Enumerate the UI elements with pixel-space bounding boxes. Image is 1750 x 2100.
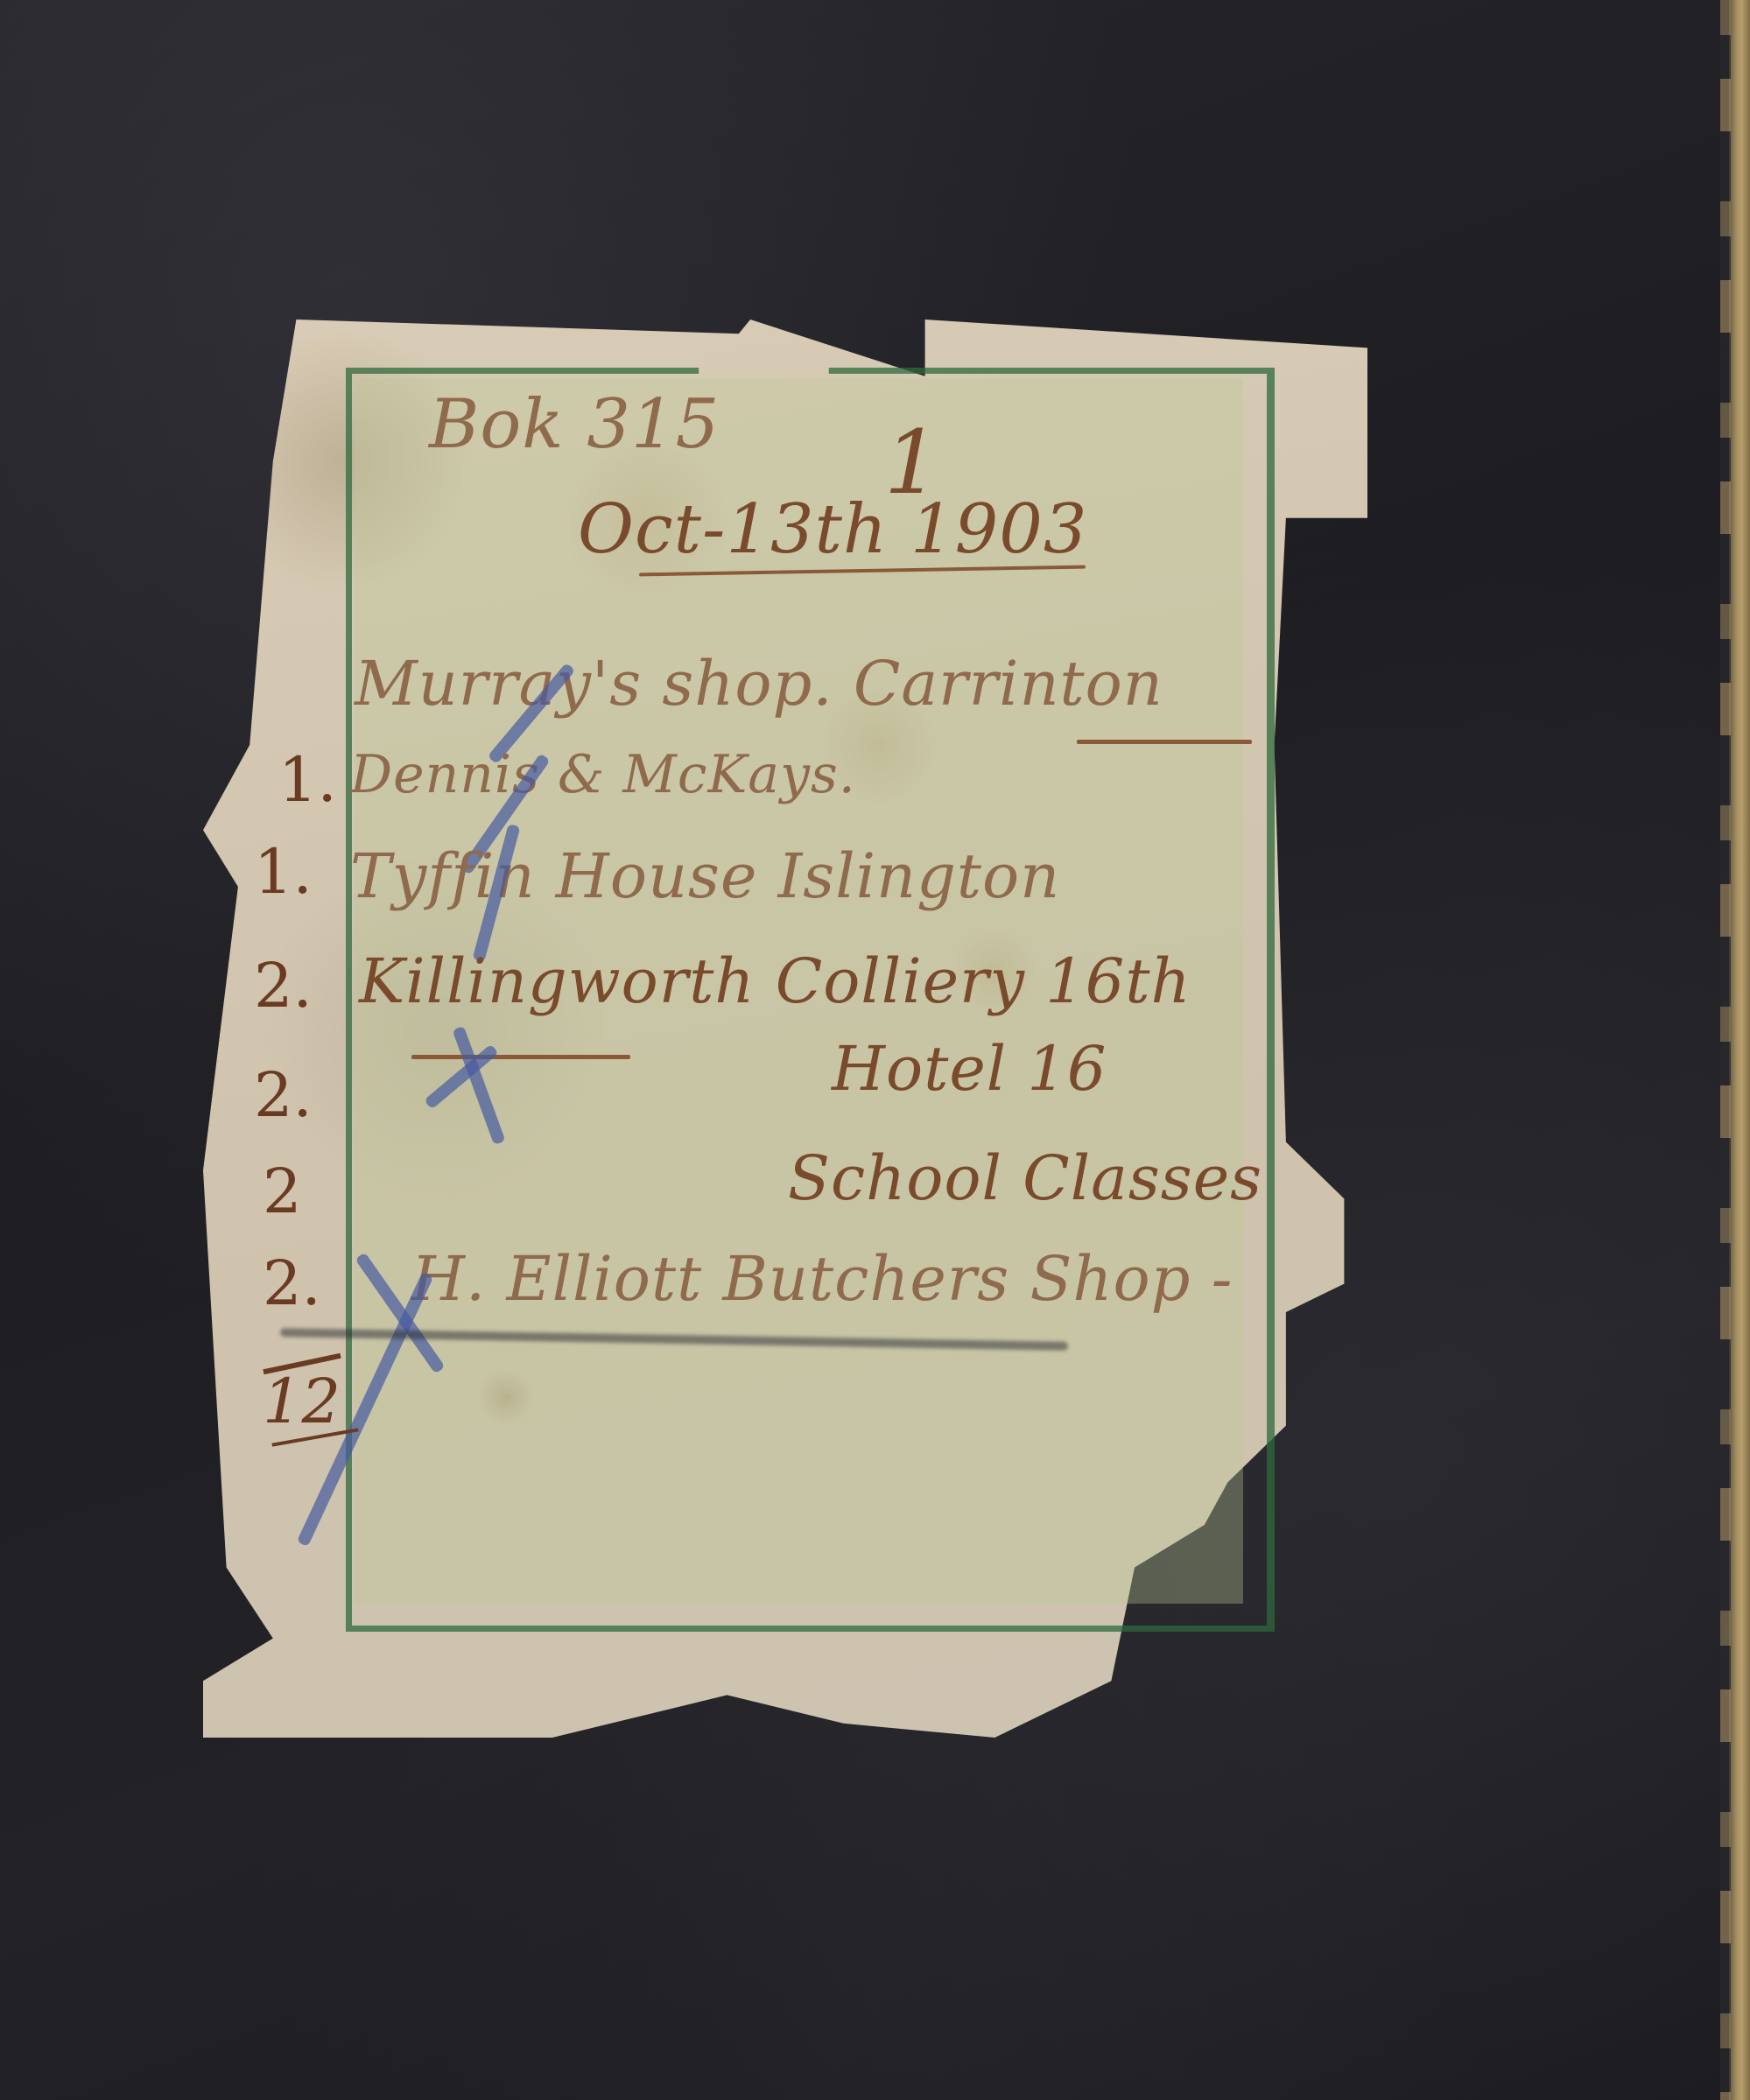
label-book-number: Bok 315 bbox=[429, 385, 720, 464]
strike-line bbox=[1077, 740, 1252, 744]
entry-qty: 2 bbox=[263, 1155, 302, 1227]
entry-text: Tyffin House Islington bbox=[350, 840, 1060, 912]
strike-line bbox=[411, 1055, 630, 1059]
entry-qty: 1. bbox=[278, 744, 337, 816]
entries-total: 12 bbox=[263, 1366, 341, 1437]
entry-text: Murray's shop. Carrinton bbox=[355, 648, 1163, 720]
book-spine-edge bbox=[1729, 0, 1750, 2100]
entry-text: Dennis & McKays. bbox=[350, 744, 856, 805]
entry-text: Hotel 16 bbox=[832, 1033, 1107, 1105]
entry-text: Killingworth Colliery 16th bbox=[359, 945, 1191, 1017]
entry-qty: 2. bbox=[263, 1247, 321, 1319]
entry-qty: 2. bbox=[254, 950, 313, 1022]
label-date: Oct-13th 1903 bbox=[578, 490, 1087, 569]
entry-qty: 1. bbox=[254, 836, 313, 908]
entry-qty: 2. bbox=[254, 1059, 313, 1131]
entry-text: School Classes bbox=[788, 1142, 1262, 1214]
entry-text: H. Elliott Butchers Shop - bbox=[411, 1243, 1233, 1315]
